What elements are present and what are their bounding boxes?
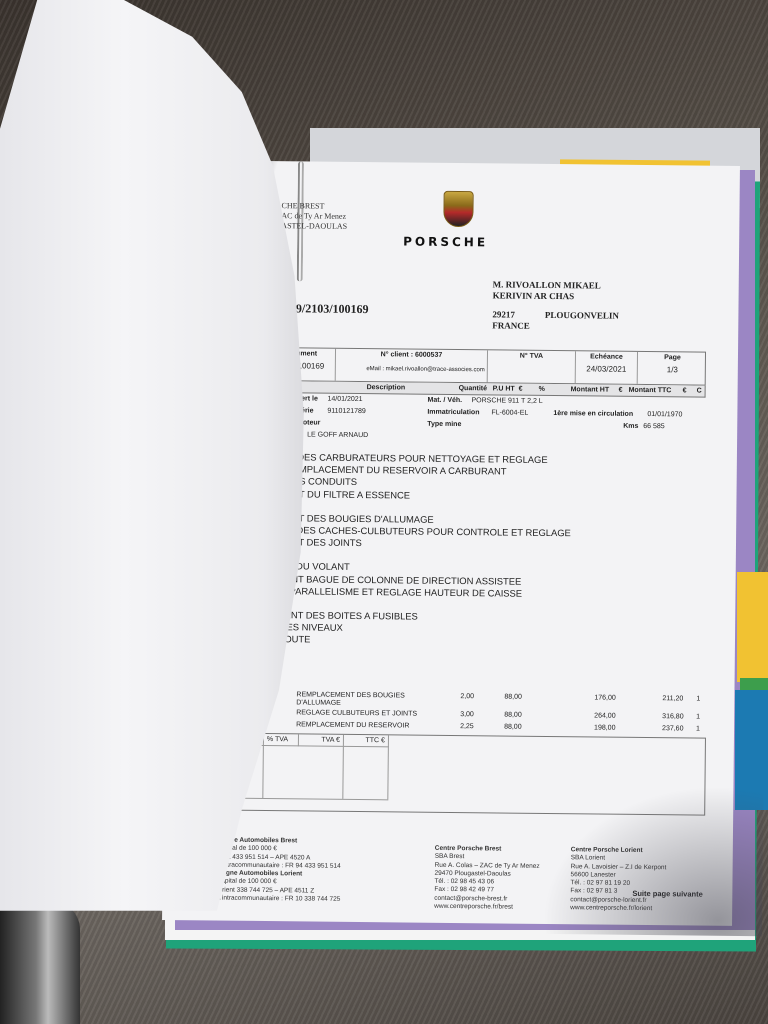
operation-total-ttc: 211,20	[662, 695, 683, 702]
operation-total-ht: 264,00	[594, 712, 615, 719]
chair	[0, 900, 80, 1024]
footer-brest: Centre Porsche BrestSBA BrestRue A. Cola…	[434, 845, 540, 912]
mileage: 66 585	[643, 423, 664, 430]
client-number: N° client : 6000537	[336, 351, 487, 360]
operation-c: 1	[696, 714, 700, 721]
operation-description: REMPLACEMENT DU RESERVOIR	[296, 721, 409, 729]
license-plate: FL-6004-EL	[491, 409, 528, 416]
operation-unit-ht: 88,00	[504, 724, 522, 731]
footer-line: www.centreporsche.fr/brest	[434, 903, 539, 912]
operation-unit-ht: 88,00	[504, 694, 522, 701]
operation-total-ht: 176,00	[594, 694, 615, 701]
continued-notice: Suite page suivante	[632, 889, 703, 899]
operation-total-ht: 198,00	[594, 724, 615, 731]
operation-c: 1	[696, 696, 700, 703]
footer-lorient: Centre Porsche LorientSBA LorientRue A. …	[570, 846, 666, 913]
issuer-address: CHE BREST AC de Ty Ar Menez ASTEL-DAOULA…	[281, 201, 347, 232]
operation-description: REGLAGE CULBUTEURS ET JOINTS	[296, 709, 417, 717]
operation-total-ttc: 237,60	[662, 725, 683, 732]
client-country: FRANCE	[492, 320, 619, 332]
operation-c: 1	[696, 726, 700, 733]
porsche-crest-icon	[443, 191, 473, 227]
operation-qty: 2,00	[460, 693, 474, 700]
client-address: M. RIVOALLON MIKAEL KERIVIN AR CHAS 2921…	[492, 279, 619, 332]
yellow-tab	[737, 572, 768, 682]
operation-unit-ht: 88,00	[504, 712, 522, 719]
client-city: PLOUGONVELIN	[545, 310, 619, 322]
footer-line: www.centreporsche.fr/lorient	[570, 904, 666, 913]
due-date: 24/03/2021	[576, 364, 637, 374]
blue-tab	[735, 690, 768, 810]
client-postcode: 29217	[492, 309, 515, 320]
vehicle-model: PORSCHE 911 T 2,2 L	[471, 397, 542, 405]
client-street: KERIVIN AR CHAS	[493, 290, 620, 302]
page-number: 1/3	[638, 365, 707, 375]
received-by: LE GOFF ARNAUD	[307, 431, 368, 439]
document-info-table: 021 N° document 39/2103/100169 N° client…	[236, 347, 706, 386]
totals-box: C HT € % TVA TVA € TTC €	[197, 732, 706, 815]
operation-total-ttc: 316,80	[662, 713, 683, 720]
operation-qty: 3,00	[460, 711, 474, 718]
operation-row: MOREGLAGE CULBUTEURS ET JOINTS3,0088,002…	[204, 708, 704, 713]
client-email: eMail : mikael.rivoallon@trace-associes.…	[336, 366, 487, 374]
operation-row: MOREMPLACEMENT DES BOUGIES D'ALLUMAGE2,0…	[204, 690, 704, 695]
operation-description: REMPLACEMENT DES BOUGIES D'ALLUMAGE	[296, 691, 436, 708]
operation-qty: 2,25	[460, 723, 474, 730]
operation-row: MOREMPLACEMENT DU RESERVOIR2,2588,00198,…	[204, 720, 704, 725]
brand-logo: PORSCHE	[403, 234, 488, 249]
